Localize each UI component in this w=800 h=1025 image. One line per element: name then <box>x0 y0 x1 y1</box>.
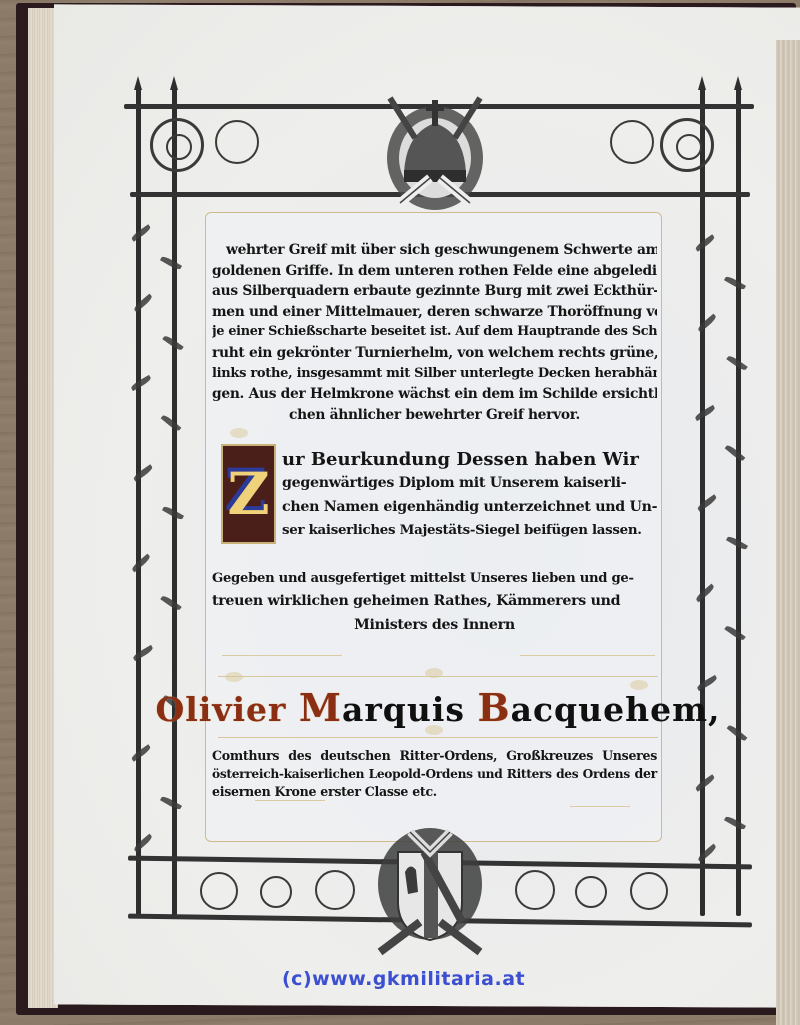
paragraph-attestation: ur Beurkundung Dessen haben Wir gegenwär… <box>282 448 658 543</box>
gold-flourish <box>520 655 655 656</box>
text-line: wehrter Greif mit über sich geschwungene… <box>212 240 657 261</box>
paragraph-issuance: Gegeben und ausgefertiget mittelst Unser… <box>212 567 657 637</box>
frame-post-right-outer <box>736 86 741 916</box>
text-line: je einer Schießscharte beseitet ist. Auf… <box>212 322 657 343</box>
acanthus-scroll-icon <box>200 872 238 910</box>
frame-post-left-inner <box>172 86 177 916</box>
paragraph-titles: Comthurs des deutschen Ritter-Ordens, Gr… <box>212 747 657 801</box>
acanthus-scroll-icon <box>315 870 355 910</box>
initial-letter: Z <box>227 460 269 528</box>
text-line: österreich-kaiserlichen Leopold-Ordens u… <box>212 767 630 781</box>
text-line: ruht ein gekrönter Turnierhelm, von welc… <box>212 343 657 364</box>
text-line: Gegeben und ausgefertiget mittelst Unser… <box>212 567 657 590</box>
watermark-link: (c)www.gkmilitaria.at <box>282 968 525 990</box>
gold-flourish <box>222 655 342 656</box>
signatory-name-banner: Olivier Marquis Bacquehem, <box>218 676 658 738</box>
text-line: Comthurs des deutschen Ritter-Ordens, Gr… <box>212 748 657 763</box>
text-line: aus Silberquadern erbaute gezinnte Burg … <box>212 281 657 302</box>
text-line: chen ähnlicher bewehrter Greif hervor. <box>212 405 657 426</box>
text-line: ser kaiserliches Majestäts-Siegel beifüg… <box>282 519 658 543</box>
gold-flourish-icon <box>230 428 248 438</box>
text-line: chen Namen eigenhändig unterzeichnet und… <box>282 496 658 520</box>
acanthus-scroll-icon <box>515 870 555 910</box>
text-line: gegenwärtiges Diplom mit Unserem kaiserl… <box>282 472 658 496</box>
finial-icon <box>134 76 142 90</box>
signatory-name: Olivier Marquis Bacquehem, <box>156 685 721 730</box>
illuminated-initial-icon: Z <box>221 444 276 544</box>
text-line: treuen wirklichen geheimen Rathes, Kämme… <box>212 590 657 613</box>
acanthus-scroll-icon <box>260 876 292 908</box>
acanthus-scroll-icon <box>630 872 668 910</box>
text-line: links rothe, insgesammt mit Silber unter… <box>212 364 657 385</box>
text-line: goldenen Griffe. In dem unteren rothen F… <box>212 261 657 282</box>
imperial-crown-icon <box>370 78 500 218</box>
acanthus-scroll-icon <box>676 134 702 160</box>
acanthus-scroll-icon <box>215 120 259 164</box>
finial-icon <box>698 76 706 90</box>
acanthus-scroll-icon <box>575 876 607 908</box>
page-stack-right <box>776 40 800 1025</box>
text-line: ur Beurkundung Dessen haben Wir <box>282 448 658 472</box>
finial-icon <box>734 76 742 90</box>
text-line: Ministers des Innern <box>212 614 657 637</box>
text-line: gen. Aus der Helmkrone wächst ein dem im… <box>212 384 657 405</box>
finial-icon <box>170 76 178 90</box>
gold-flourish <box>570 806 630 807</box>
frame-post-left-outer <box>136 86 141 916</box>
coat-of-arms-icon <box>360 822 500 957</box>
acanthus-scroll-icon <box>610 120 654 164</box>
paragraph-blazon: wehrter Greif mit über sich geschwungene… <box>212 240 657 425</box>
text-line: men und einer Mittelmauer, deren schwarz… <box>212 302 657 323</box>
acanthus-scroll-icon <box>166 134 192 160</box>
